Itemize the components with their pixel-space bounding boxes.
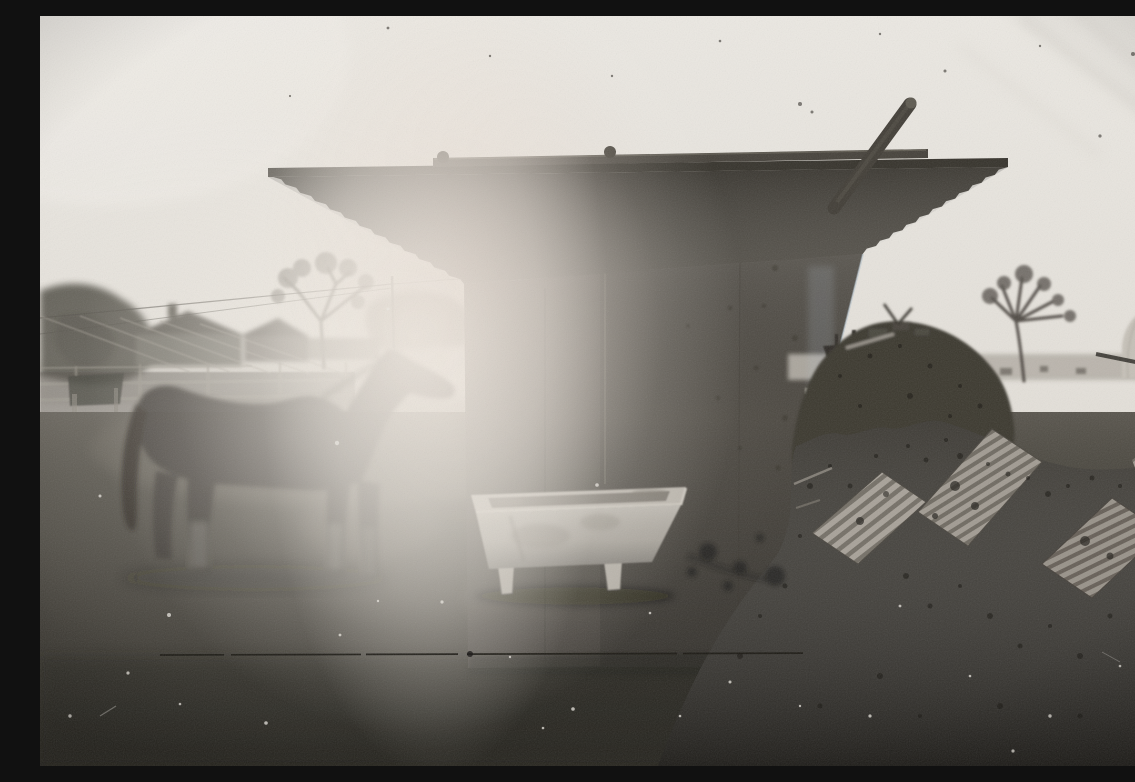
photograph [40,16,1135,766]
photo-canvas [40,16,1135,766]
film-grain-overlay [40,16,1135,766]
film-artifacts [40,16,1135,766]
